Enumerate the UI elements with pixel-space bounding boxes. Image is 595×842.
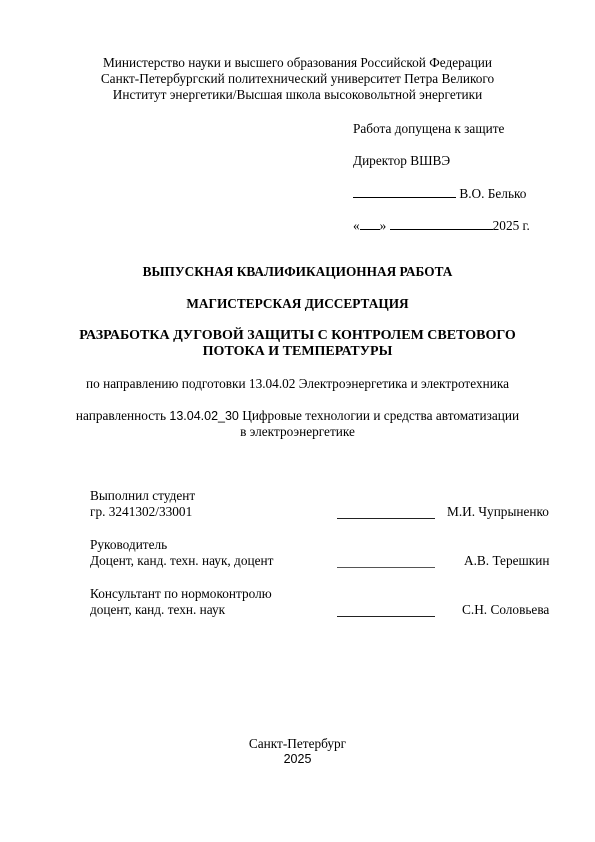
approval-date-line: «» 2025 г. — [353, 217, 530, 234]
director-name: В.О. Белько — [459, 186, 526, 201]
day-blank — [360, 217, 380, 230]
consultant-role: Консультант по нормоконтролю — [90, 586, 272, 602]
topic-title-line2: ПОТОКА И ТЕМПЕРАТУРЫ — [0, 344, 595, 360]
degree-title: МАГИСТЕРСКАЯ ДИССЕРТАЦИЯ — [0, 296, 595, 312]
focus-rest: Цифровые технологии и средства автоматиз… — [239, 408, 519, 423]
student-group: гр. 3241302/33001 — [90, 504, 192, 520]
supervisor-title: Доцент, канд. техн. наук, доцент — [90, 553, 273, 569]
ministry-line: Министерство науки и высшего образования… — [0, 55, 595, 71]
date-open-quote: « — [353, 218, 360, 233]
approval-year: 2025 г. — [493, 218, 530, 233]
student-role: Выполнил студент — [90, 488, 195, 504]
institute-line: Институт энергетики/Высшая школа высоков… — [0, 87, 595, 103]
consultant-title: доцент, канд. техн. наук — [90, 602, 225, 618]
study-direction: по направлению подготовки 13.04.02 Элект… — [0, 376, 595, 392]
study-focus-line1: направленность 13.04.02_30 Цифровые техн… — [0, 408, 595, 424]
consultant-name: С.Н. Соловьева — [462, 602, 549, 618]
topic-title-line1: РАЗРАБОТКА ДУГОВОЙ ЗАЩИТЫ С КОНТРОЛЕМ СВ… — [0, 328, 595, 344]
director-signature-line: В.О. Белько — [353, 185, 526, 202]
footer-year: 2025 — [0, 752, 595, 766]
university-line: Санкт-Петербургский политехнический унив… — [0, 71, 595, 87]
supervisor-role: Руководитель — [90, 537, 167, 553]
signature-blank — [353, 185, 456, 198]
study-focus-line2: в электроэнергетике — [0, 424, 595, 440]
supervisor-name: А.В. Терешкин — [464, 553, 549, 569]
date-close-quote: » — [380, 218, 387, 233]
work-type-title: ВЫПУСКНАЯ КВАЛИФИКАЦИОННАЯ РАБОТА — [0, 264, 595, 280]
supervisor-signature-line — [337, 567, 435, 568]
footer-city: Санкт-Петербург — [0, 736, 595, 752]
focus-prefix: направленность — [76, 408, 169, 423]
student-signature-line — [337, 518, 435, 519]
student-name: М.И. Чупрыненко — [447, 504, 549, 520]
consultant-signature-line — [337, 616, 435, 617]
admitted-to-defense: Работа допущена к защите — [353, 121, 504, 137]
focus-code: 13.04.02_30 — [169, 409, 239, 423]
director-position: Директор ВШВЭ — [353, 153, 450, 169]
month-blank — [390, 217, 493, 230]
